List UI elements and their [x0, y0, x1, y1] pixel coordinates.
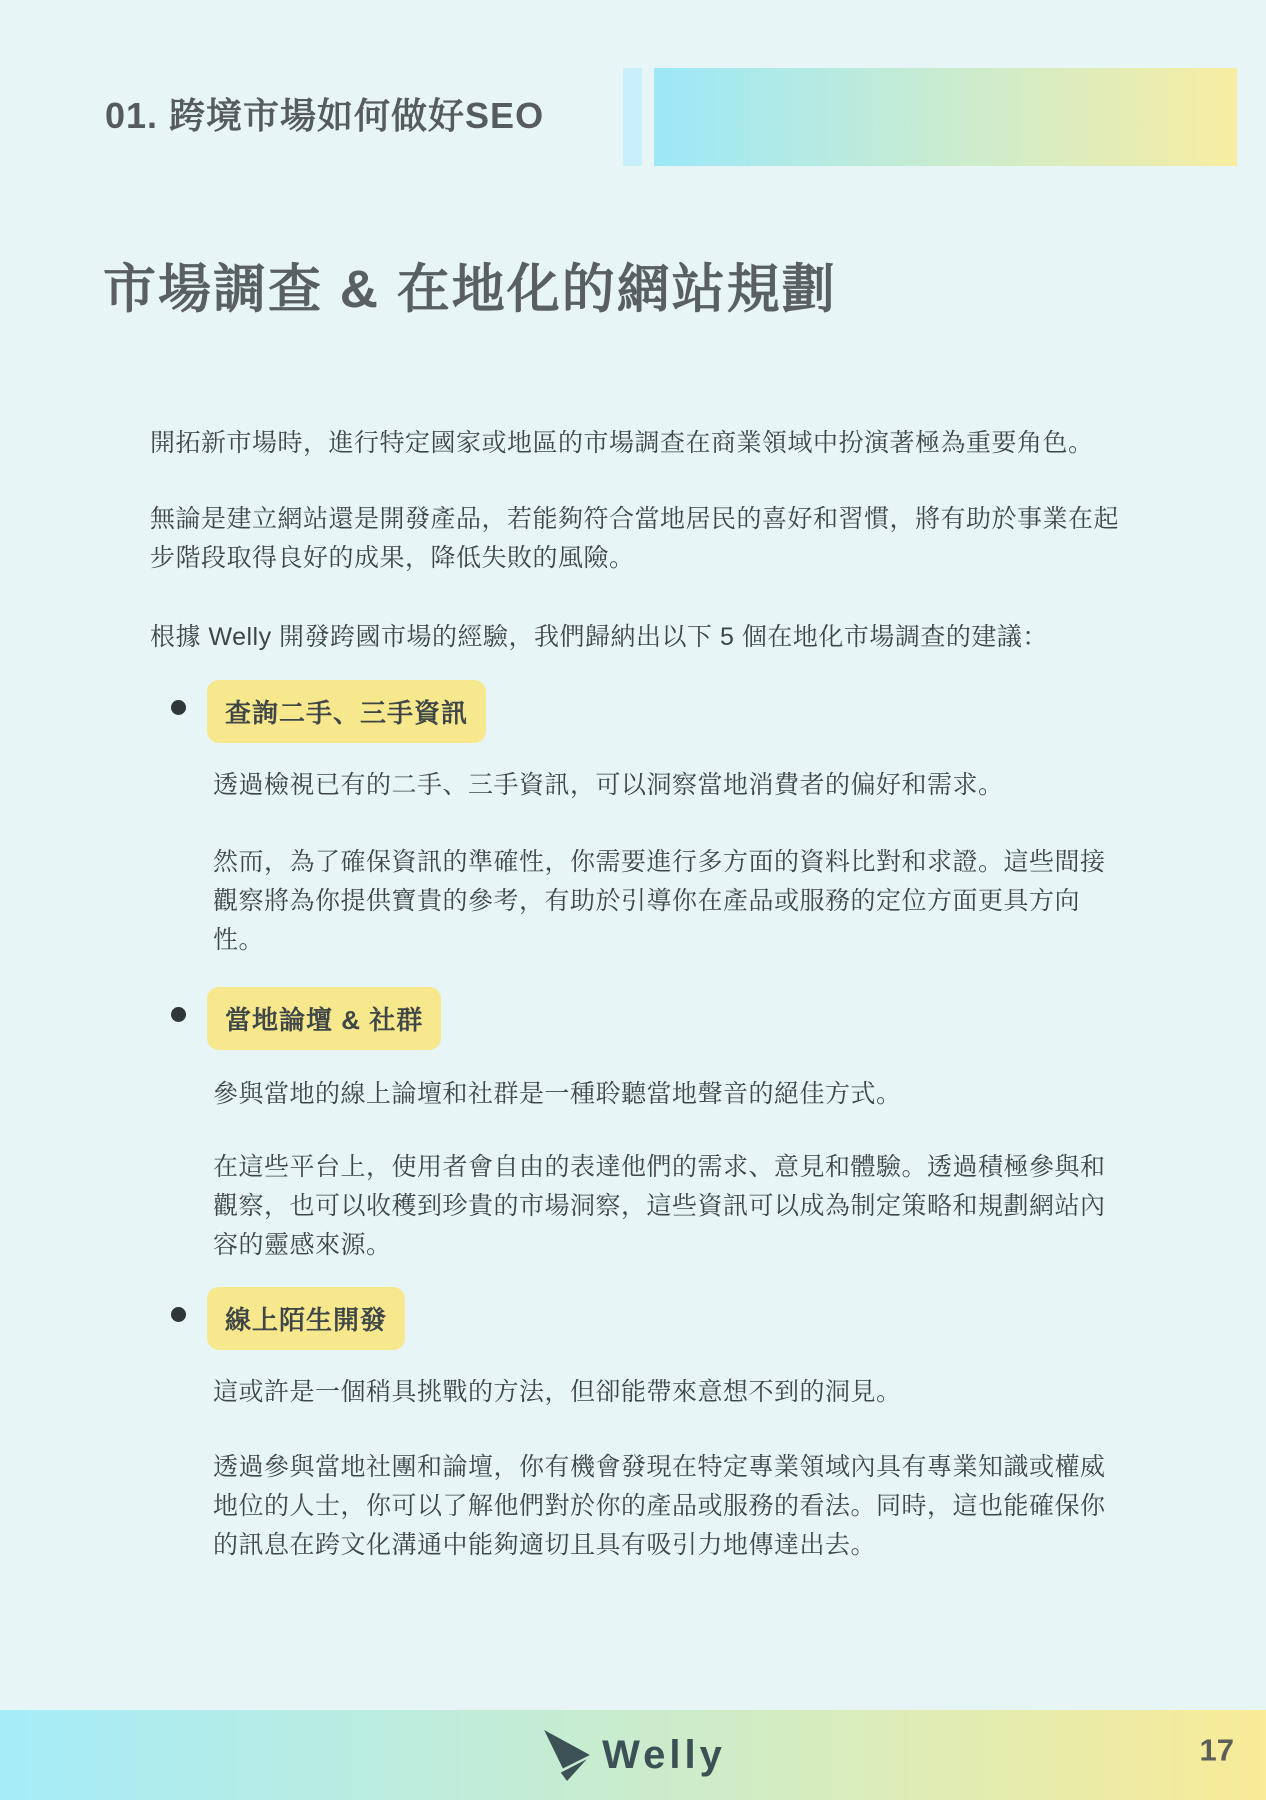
bullet-paragraph: 在這些平台上，使用者會自由的表達他們的需求、意見和體驗。透過積極參與和觀察，也可…: [213, 1148, 1129, 1265]
chapter-label: 01. 跨境市場如何做好SEO: [105, 88, 544, 139]
document-page: 01. 跨境市場如何做好SEO 市場調查 & 在地化的網站規劃 開拓新市場時，進…: [0, 0, 1266, 1800]
page-title: 市場調查 & 在地化的網站規劃: [103, 247, 837, 323]
bullet-label-highlight: 當地論壇 & 社群: [207, 987, 441, 1050]
bullet-dot-icon: [171, 700, 186, 715]
welly-logo-icon: [540, 1729, 592, 1781]
bullet-paragraph: 透過參與當地社團和論壇，你有機會發現在特定專業領域內具有專業知識或權威地位的人士…: [213, 1448, 1129, 1565]
bullet-paragraph: 然而，為了確保資訊的準確性，你需要進行多方面的資料比對和求證。這些間接觀察將為你…: [213, 843, 1129, 960]
intro-paragraph: 開拓新市場時，進行特定國家或地區的市場調查在商業領域中扮演著極為重要角色。: [150, 424, 1128, 463]
bullet-dot-icon: [171, 1007, 186, 1022]
header-accent-strip: [623, 68, 642, 166]
page-number: 17: [1200, 1733, 1234, 1769]
intro-paragraph: 根據 Welly 開發跨國市場的經驗，我們歸納出以下 5 個在地化市場調查的建議…: [150, 618, 1128, 657]
intro-paragraph: 無論是建立網站還是開發產品，若能夠符合當地居民的喜好和習慣，將有助於事業在起步階…: [150, 500, 1128, 578]
bullet-label-highlight: 線上陌生開發: [207, 1287, 405, 1350]
welly-brand: Welly: [540, 1729, 726, 1781]
bullet-paragraph: 透過檢視已有的二手、三手資訊，可以洞察當地消費者的偏好和需求。: [213, 766, 1129, 805]
bullet-paragraph: 參與當地的線上論壇和社群是一種聆聽當地聲音的絕佳方式。: [213, 1075, 1129, 1114]
header-accent-bar: [654, 68, 1237, 166]
brand-name: Welly: [602, 1733, 726, 1778]
bullet-paragraph: 這或許是一個稍具挑戰的方法，但卻能帶來意想不到的洞見。: [213, 1373, 1129, 1412]
bullet-label-highlight: 查詢二手、三手資訊: [207, 680, 486, 743]
bullet-dot-icon: [171, 1307, 186, 1322]
footer-bar: Welly 17: [0, 1710, 1266, 1800]
